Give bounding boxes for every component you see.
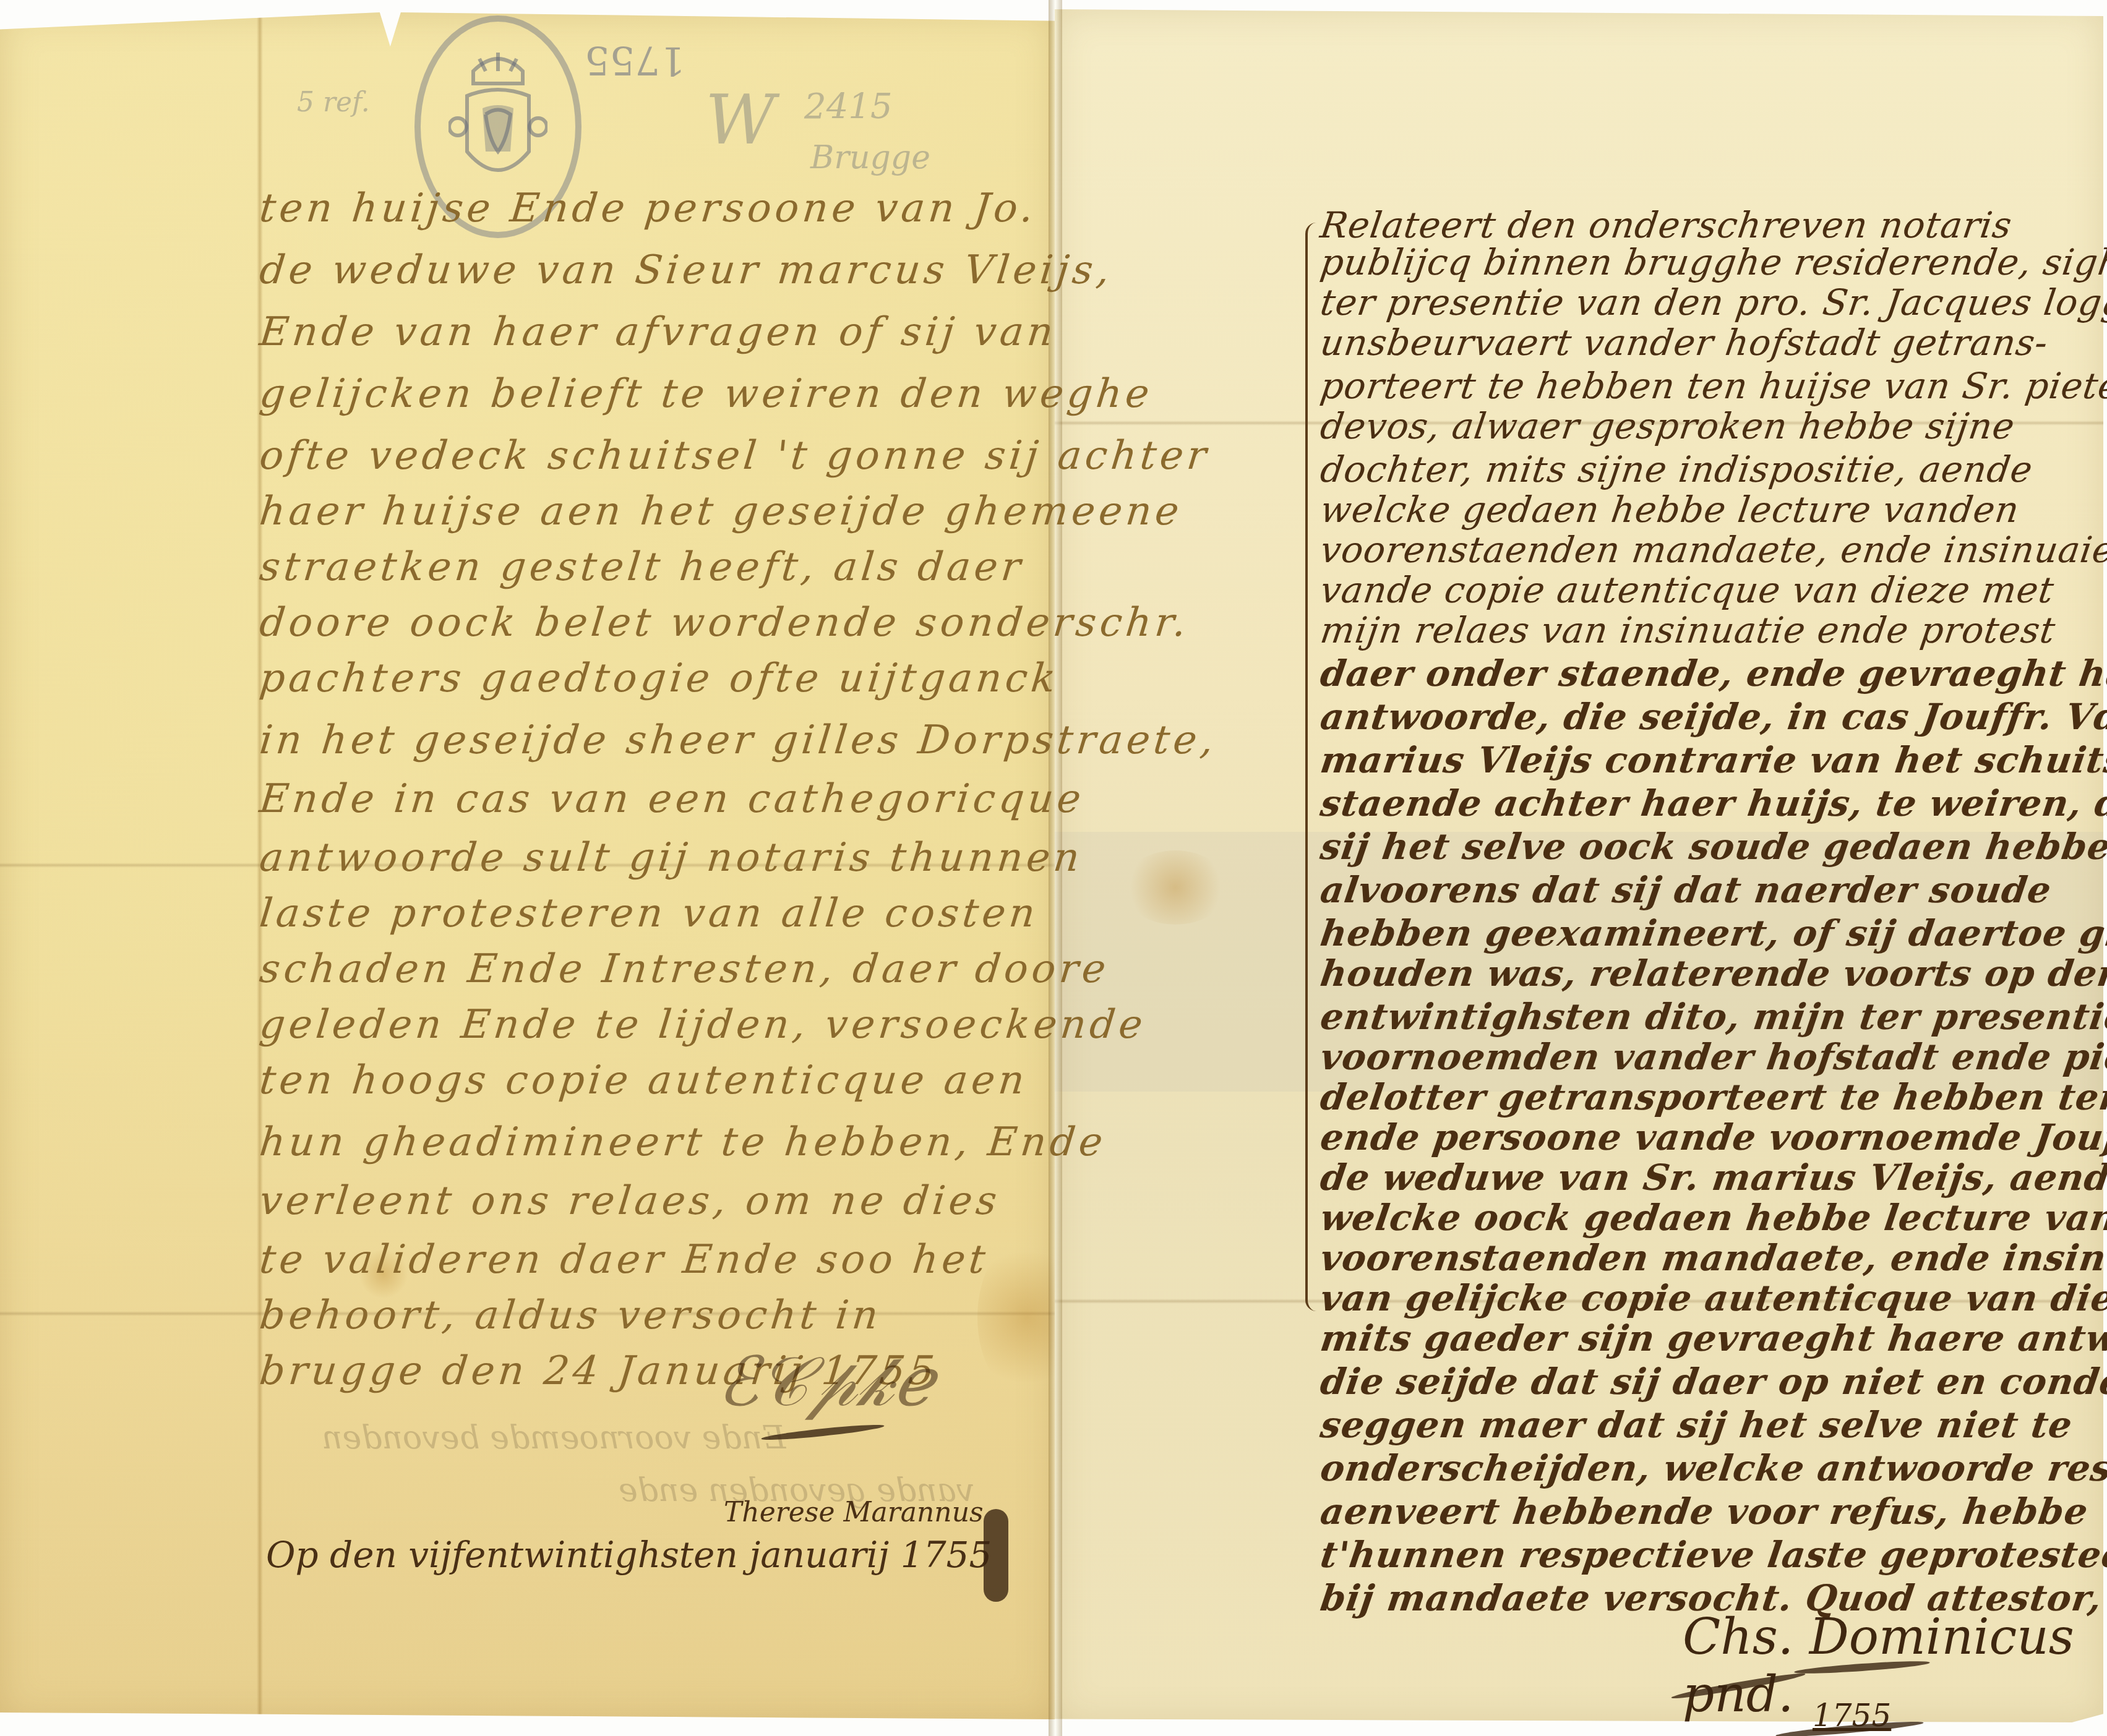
text-line: seggen maer dat sij het selve niet te	[1318, 1404, 2075, 1446]
text-line: ter presentie van den pro. Sr. Jacques l…	[1318, 281, 2107, 323]
text-line: unsbeurvaert vander hofstadt getrans-	[1318, 322, 2051, 364]
text-line: van gelijcke copie autenticque van dieze…	[1318, 1277, 2107, 1319]
text-line: te valideren daer Ende soo het	[257, 1237, 991, 1283]
text-line: de weduwe van Sr. marius Vleijs, aende	[1318, 1157, 2107, 1199]
text-line: Ende van haer afvragen of sij van	[257, 309, 1059, 355]
text-line: ofte vedeck schuitsel 't gonne sij achte…	[257, 433, 1212, 479]
pencil-annotation: 5 ref.	[297, 87, 370, 118]
text-line: voorenstaenden mandaete, ende insinuatie	[1318, 1237, 2107, 1279]
text-line: laste protesteren van alle costen	[257, 891, 1041, 936]
text-line: vande copie autenticque van dieze met	[1318, 569, 2057, 611]
text-line: ten huijse Ende persoone van Jo.	[257, 186, 1039, 231]
text-line: dochter, mits sijne indispositie, aende	[1318, 448, 2035, 490]
text-line: welcke gedaen hebbe lecture vanden	[1318, 489, 2022, 531]
text-line: aenveert hebbende voor refus, hebbe	[1318, 1490, 2091, 1533]
text-line: mits gaeder sijn gevraeght haere antwoor…	[1318, 1317, 2107, 1359]
text-line: geleden Ende te lijden, versoeckende	[257, 1002, 1148, 1048]
text-line: devos, alwaer gesproken hebbe sijne	[1318, 405, 2017, 447]
text-line: doore oock belet wordende sonderschr.	[257, 600, 1192, 646]
signature-flourish: ℰ𝒞𝓅𝓀ℯ	[718, 1342, 933, 1422]
text-line: schaden Ende Intresten, daer doore	[257, 946, 1112, 992]
text-line: haer huijse aen het geseijde ghemeene	[257, 489, 1185, 534]
text-line: straetken gestelt heeft, als daer	[257, 544, 1026, 590]
pencil-annotation: 2415	[804, 87, 893, 127]
text-line: staende achter haer huijs, te weiren, da…	[1318, 782, 2107, 824]
margin-bracket	[1305, 223, 1316, 1311]
bleed-through-text: Ende voornoemde bevonden	[322, 1419, 786, 1456]
signature-mark	[984, 1509, 1008, 1602]
text-line: behoort, aldus versocht in	[257, 1293, 884, 1338]
document-scan: 1755 5 ref. W 2415 Brugge ten huijse End…	[0, 0, 2107, 1736]
text-line: antwoorde, die seijde, in cas Jouffr. Vd…	[1318, 696, 2107, 738]
text-line: gelijcken belieft te weiren den weghe	[257, 371, 1155, 417]
text-line: t'hunnen respectieve laste geprotesteert…	[1318, 1534, 2107, 1576]
text-line: pachters gaedtogie ofte uijtganck	[257, 656, 1062, 701]
closing-date-line: Op den vijfentwintighsten januarij 1755	[266, 1534, 992, 1576]
text-line: alvoorens dat sij dat naerder soude	[1318, 869, 2054, 911]
text-line: ten hoogs copie autenticque aen	[257, 1058, 1030, 1103]
text-line: verleent ons relaes, om ne dies	[257, 1178, 1002, 1224]
text-line: marius Vleijs contrarie van het schuitse…	[1318, 739, 2107, 781]
text-line: welcke oock gedaen hebbe lecture vanden	[1318, 1197, 2107, 1239]
text-line: Relateert den onderschreven notaris	[1318, 204, 2015, 246]
text-line: hebben geexamineert, of sij daertoe ghe-	[1318, 912, 2107, 954]
stamp-number: 1755	[585, 37, 685, 83]
text-line: hun gheadimineert te hebben, Ende	[257, 1119, 1109, 1165]
text-line: Ende in cas van een cathegoricque	[257, 776, 1087, 822]
text-line: voorenstaenden mandaete, ende insinuaie	[1318, 529, 2107, 571]
ink-stain	[1123, 850, 1228, 925]
signature-name: Therese Marannus	[724, 1497, 984, 1528]
text-line: antwoorde sult gij notaris thunnen	[257, 835, 1085, 881]
text-line: porteert te hebben ten huijse van Sr. pi…	[1318, 365, 2107, 407]
text-line: mijn relaes van insinuatie ende protest	[1318, 609, 2058, 651]
text-line: houden was, relaterende voorts op den se…	[1318, 952, 2107, 994]
text-line: daer onder staende, ende gevraeght haere	[1318, 652, 2107, 695]
text-line: sij het selve oock soude gedaen hebben,	[1318, 826, 2107, 868]
pencil-annotation: W	[705, 80, 775, 160]
pencil-annotation: Brugge	[810, 139, 930, 176]
text-line: in het geseijde sheer gilles Dorpstraete…	[257, 717, 1219, 763]
text-line: delotter getransporteert te hebben ten h…	[1318, 1076, 2107, 1118]
coat-of-arms-icon	[448, 46, 547, 195]
text-line: ende persoone vande voornoemde Jouffr.	[1318, 1116, 2107, 1158]
text-line: publijcq binnen brugghe residerende, sig…	[1318, 241, 2107, 283]
text-line: voornoemden vander hofstadt ende pieter	[1318, 1036, 2107, 1078]
text-line: entwintighsten dito, mijn ter presentie …	[1318, 996, 2107, 1038]
text-line: de weduwe van Sieur marcus Vleijs,	[257, 247, 1115, 293]
text-line: onderscheijden, welcke antwoorde respect…	[1318, 1447, 2107, 1489]
text-line: die seijde dat sij daer op niet en conde	[1318, 1361, 2107, 1403]
